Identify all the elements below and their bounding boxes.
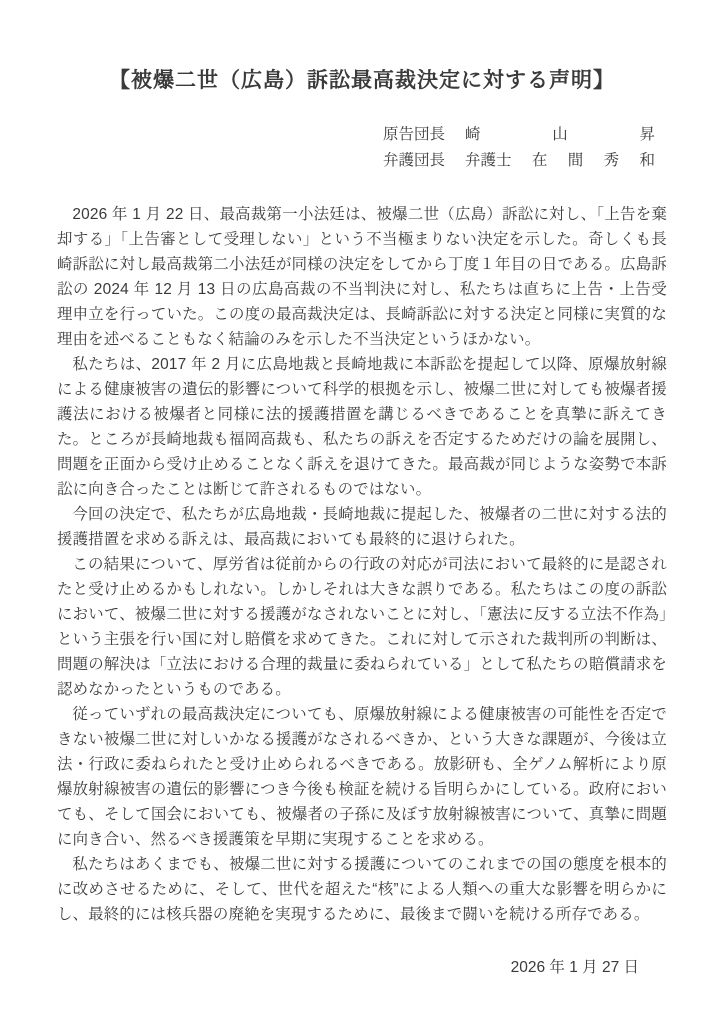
paragraph-4: この結果について、厚労省は従前からの行政の対応が司法において最終的に是認されたと… — [57, 552, 667, 702]
signature-name-part: 崎 — [465, 122, 481, 144]
paragraph-6: 私たちはあくまでも、被爆二世に対する援護についてのこれまでの国の態度を根本的に改… — [57, 852, 667, 927]
signature-name-counsel-leader: 弁護士 在 間 秀 和 — [465, 148, 655, 170]
signature-name-part: 和 — [639, 148, 655, 170]
statement-date: 2026 年 1 月 27 日 — [0, 955, 724, 980]
paragraph-2: 私たちは、2017 年 2 月に広島地裁と長崎地裁に本訴訟を提起して以降、原爆放… — [57, 352, 667, 502]
signature-role-counsel-leader: 弁護団長 — [383, 148, 447, 170]
signature-row-plaintiff-leader: 原告団長 崎 山 昇 — [383, 120, 655, 146]
signature-role-plaintiff-leader: 原告団長 — [383, 122, 447, 144]
signature-name-part: 間 — [568, 148, 584, 170]
signature-block: 原告団長 崎 山 昇 弁護団長 弁護士 在 間 秀 和 — [383, 120, 655, 172]
signature-name-part: 在 — [532, 148, 548, 170]
signature-row-counsel-leader: 弁護団長 弁護士 在 間 秀 和 — [383, 146, 655, 172]
signature-name-plaintiff-leader: 崎 山 昇 — [465, 122, 655, 144]
statement-body: 2026 年 1 月 22 日、最高裁第一小法廷は、被爆二世（広島）訴訟に対し、… — [57, 202, 667, 927]
signature-name-part: 弁護士 — [465, 148, 512, 170]
paragraph-1: 2026 年 1 月 22 日、最高裁第一小法廷は、被爆二世（広島）訴訟に対し、… — [57, 202, 667, 352]
signature-name-part: 昇 — [639, 122, 655, 144]
paragraph-5: 従っていずれの最高裁決定についても、原爆放射線による健康被害の可能性を否定できな… — [57, 702, 667, 852]
signature-name-part: 秀 — [604, 148, 620, 170]
signature-name-part: 山 — [552, 122, 568, 144]
document-title: 【被爆二世（広島）訴訟最高裁決定に対する声明】 — [0, 0, 724, 94]
paragraph-3: 今回の決定で、私たちが広島地裁・長崎地裁に提起した、被爆者の二世に対する法的援護… — [57, 502, 667, 552]
document-page: 【被爆二世（広島）訴訟最高裁決定に対する声明】 原告団長 崎 山 昇 弁護団長 … — [0, 0, 724, 1024]
